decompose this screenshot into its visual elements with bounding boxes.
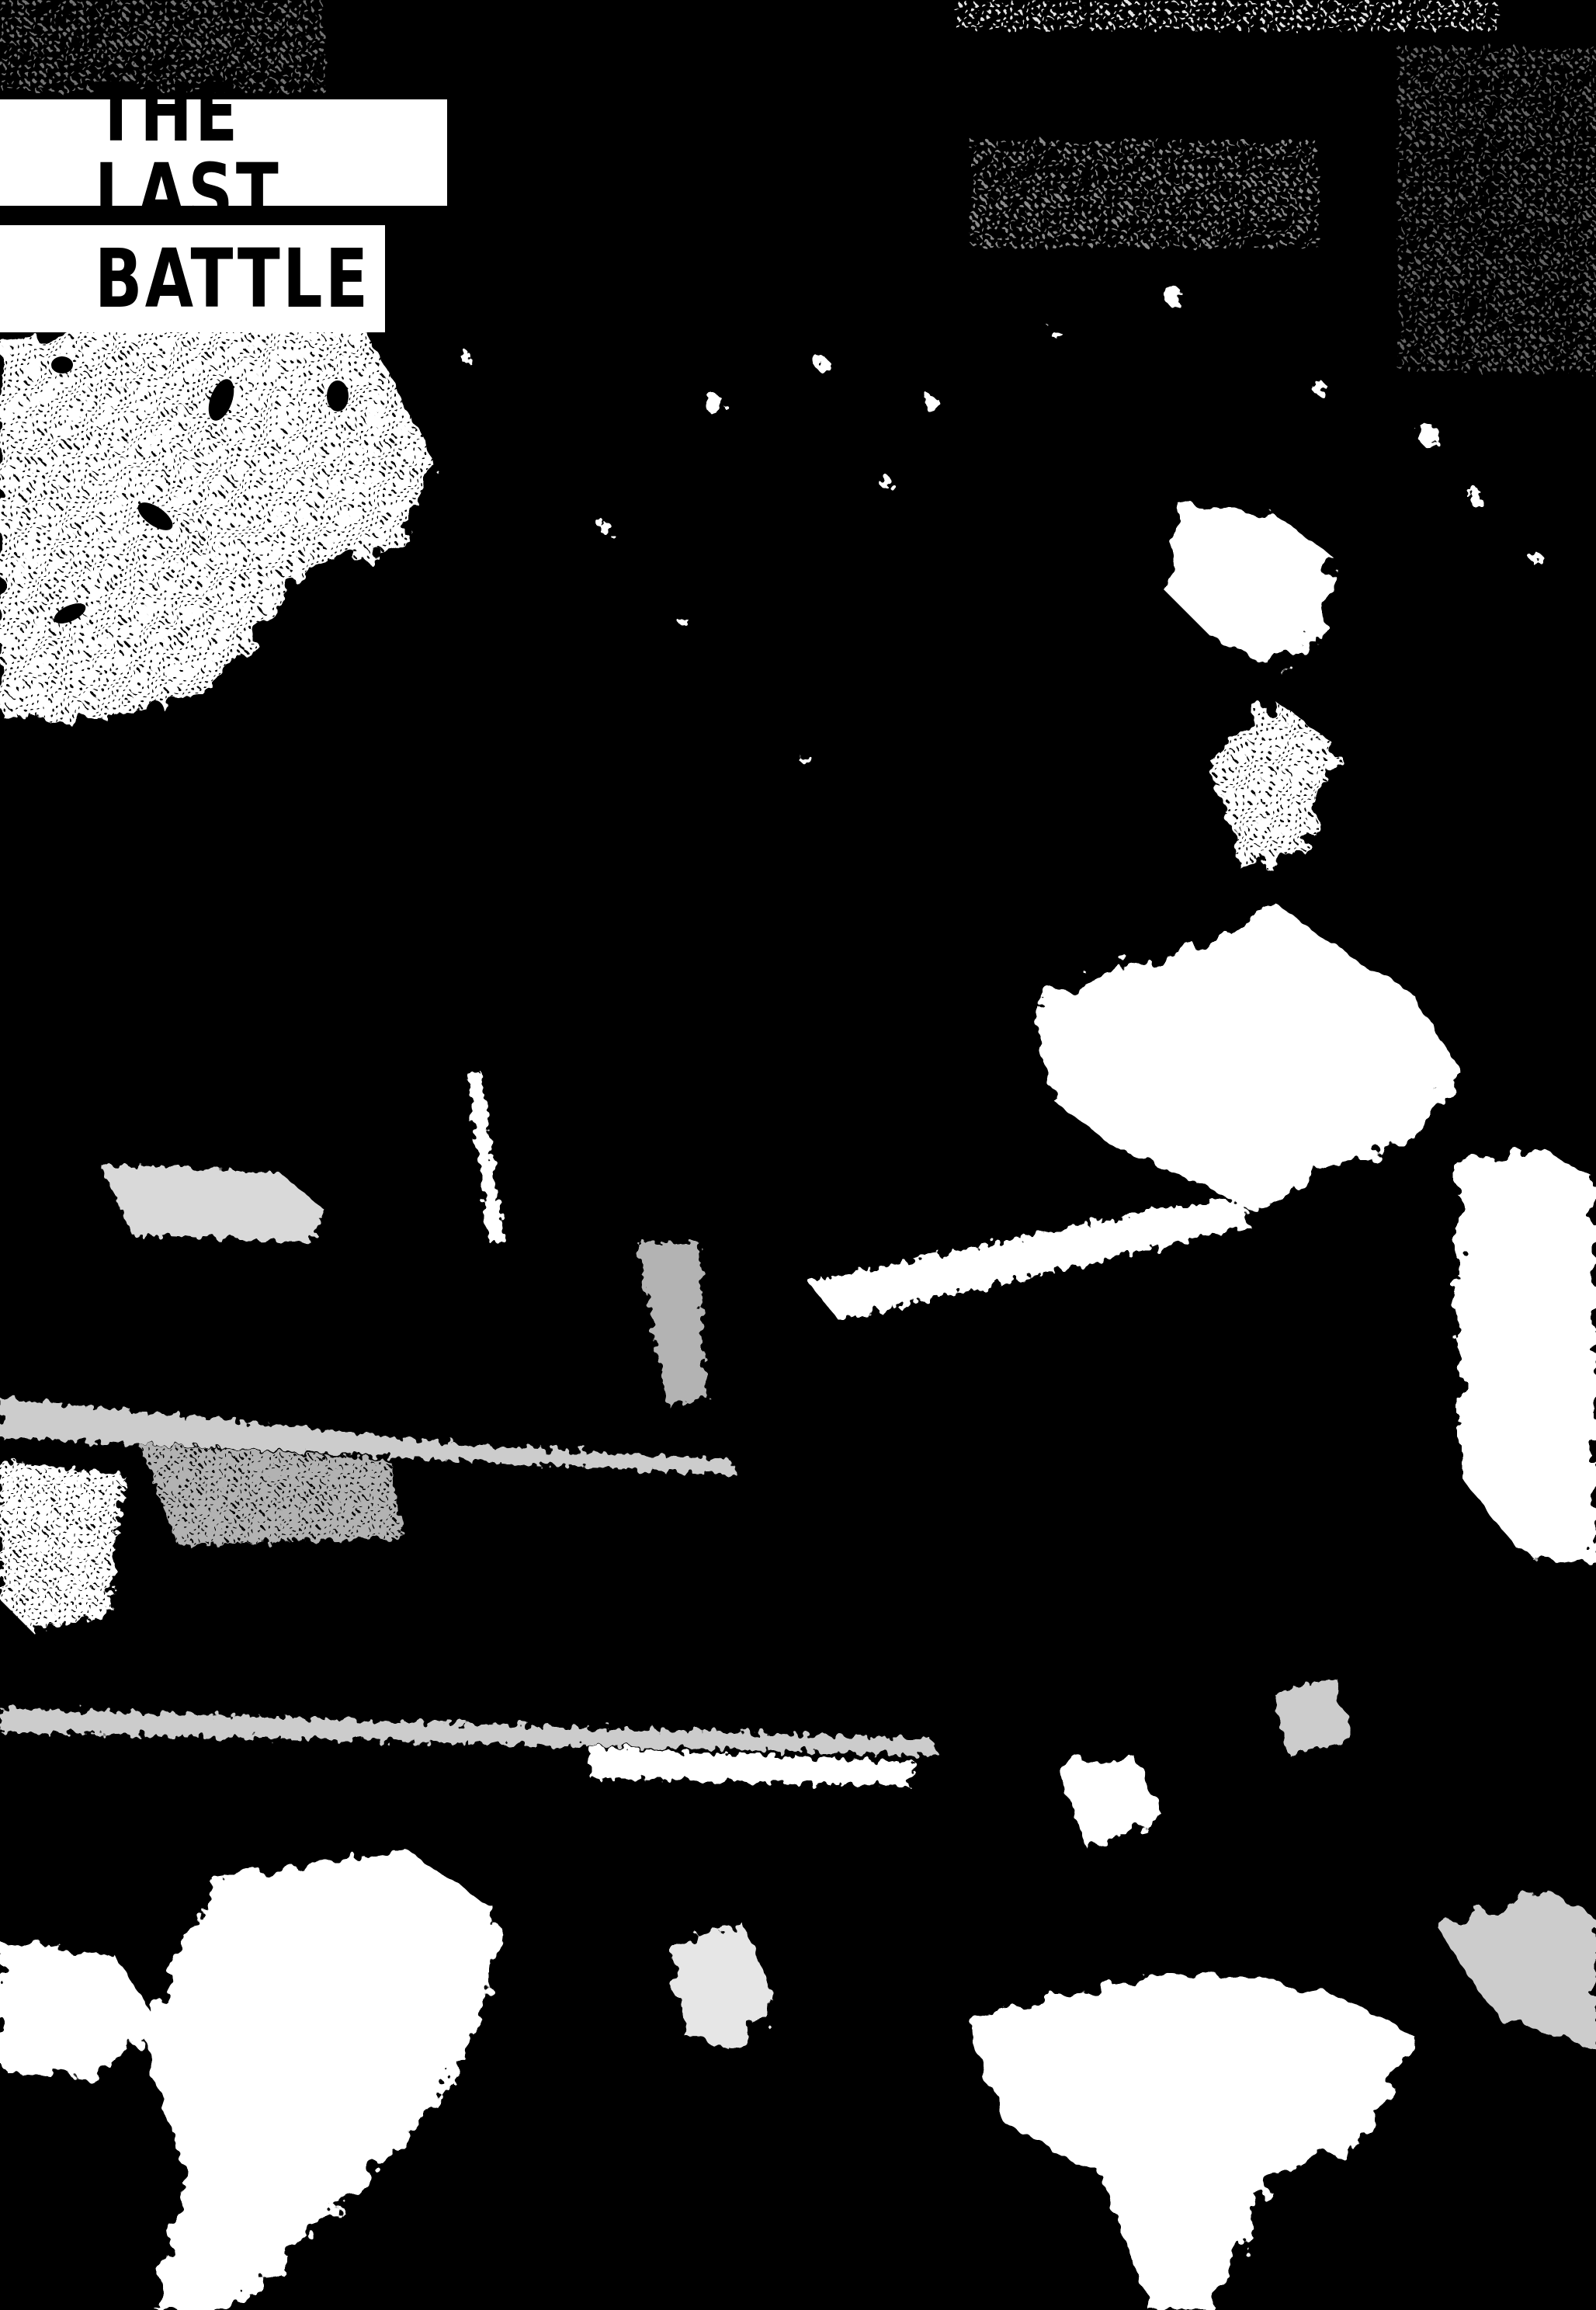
book-cover: THE LAST BATTLE bbox=[0, 0, 1596, 2310]
title-line-1: THE LAST bbox=[95, 72, 397, 234]
tank-highlights bbox=[0, 1072, 1250, 1786]
title-line-2: BATTLE bbox=[95, 238, 370, 319]
title-box-line-2: BATTLE bbox=[0, 225, 385, 332]
explosion bbox=[1032, 505, 1596, 1568]
title-box-line-1: THE LAST bbox=[0, 99, 447, 206]
debris bbox=[460, 286, 1543, 766]
cover-artwork bbox=[0, 0, 1596, 2310]
